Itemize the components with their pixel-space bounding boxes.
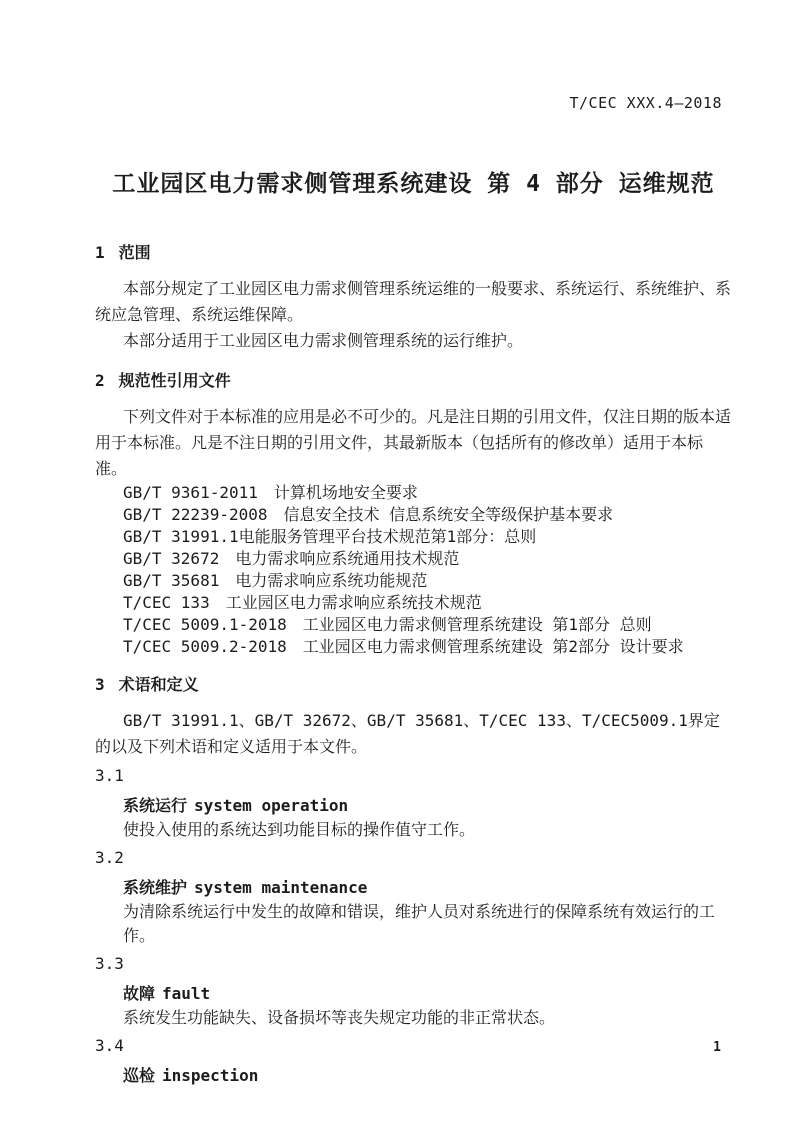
reference-item: GB/T 32672 电力需求响应系统通用技术规范 — [95, 548, 732, 570]
reference-item: GB/T 31991.1电能服务管理平台技术规范第1部分：总则 — [95, 526, 732, 548]
term-definition: 系统发生功能缺失、设备损坏等丧失规定功能的非正常状态。 — [95, 1006, 732, 1030]
document-page: T/CEC XXX.4—2018 工业园区电力需求侧管理系统建设 第 4 部分 … — [0, 0, 793, 1122]
term-name-zh: 系统维护 — [123, 878, 187, 897]
scope-paragraph: 本部分规定了工业园区电力需求侧管理系统运维的一般要求、系统运行、系统维护、系统应… — [95, 276, 732, 328]
term-name: 系统维护system maintenance — [95, 876, 732, 900]
section-number: 1 — [95, 243, 105, 262]
term-number: 3.3 — [95, 952, 732, 976]
reference-item: T/CEC 5009.1-2018 工业园区电力需求侧管理系统建设 第1部分 总… — [95, 614, 732, 636]
section-number: 3 — [95, 675, 105, 694]
term-name-zh: 故障 — [123, 984, 155, 1003]
term-block: 3.2 系统维护system maintenance 为清除系统运行中发生的故障… — [95, 846, 732, 948]
terms-intro: GB/T 31991.1、GB/T 32672、GB/T 35681、T/CEC… — [95, 708, 732, 760]
document-title: 工业园区电力需求侧管理系统建设 第 4 部分 运维规范 — [95, 170, 732, 198]
page-number: 1 — [713, 1040, 721, 1055]
section-heading-references: 2规范性引用文件 — [95, 370, 732, 392]
term-block: 3.3 故障fault 系统发生功能缺失、设备损坏等丧失规定功能的非正常状态。 — [95, 952, 732, 1030]
reference-list: GB/T 9361-2011 计算机场地安全要求 GB/T 22239-2008… — [95, 482, 732, 658]
scope-paragraph: 本部分适用于工业园区电力需求侧管理系统的运行维护。 — [95, 328, 732, 354]
section-number: 2 — [95, 371, 105, 390]
term-number: 3.2 — [95, 846, 732, 870]
reference-item: T/CEC 133 工业园区电力需求响应系统技术规范 — [95, 592, 732, 614]
section-title: 规范性引用文件 — [119, 371, 231, 390]
term-name-zh: 系统运行 — [123, 796, 187, 815]
term-block: 3.1 系统运行system operation 使投入使用的系统达到功能目标的… — [95, 764, 732, 842]
term-name-en: system maintenance — [194, 878, 367, 897]
term-name: 故障fault — [95, 982, 732, 1006]
term-name-zh: 巡检 — [123, 1066, 155, 1085]
reference-item: GB/T 22239-2008 信息安全技术 信息系统安全等级保护基本要求 — [95, 504, 732, 526]
document-body: 1范围 本部分规定了工业园区电力需求侧管理系统运维的一般要求、系统运行、系统维护… — [95, 238, 732, 1088]
term-name-en: inspection — [162, 1066, 258, 1085]
reference-item: T/CEC 5009.2-2018 工业园区电力需求侧管理系统建设 第2部分 设… — [95, 636, 732, 658]
section-heading-terms: 3术语和定义 — [95, 674, 732, 696]
term-definition: 使投入使用的系统达到功能目标的操作值守工作。 — [95, 818, 732, 842]
section-heading-scope: 1范围 — [95, 242, 732, 264]
term-number: 3.1 — [95, 764, 732, 788]
term-name-en: fault — [162, 984, 210, 1003]
reference-item: GB/T 9361-2011 计算机场地安全要求 — [95, 482, 732, 504]
references-intro: 下列文件对于本标准的应用是必不可少的。凡是注日期的引用文件，仅注日期的版本适用于… — [95, 404, 732, 482]
term-number: 3.4 — [95, 1034, 732, 1058]
standard-number-header: T/CEC XXX.4—2018 — [570, 94, 723, 112]
term-name-en: system operation — [194, 796, 348, 815]
term-block: 3.4 巡检inspection — [95, 1034, 732, 1088]
section-title: 范围 — [119, 243, 151, 262]
term-name: 巡检inspection — [95, 1064, 732, 1088]
term-name: 系统运行system operation — [95, 794, 732, 818]
reference-item: GB/T 35681 电力需求响应系统功能规范 — [95, 570, 732, 592]
section-title: 术语和定义 — [119, 675, 199, 694]
term-definition: 为清除系统运行中发生的故障和错误，维护人员对系统进行的保障系统有效运行的工作。 — [95, 900, 732, 948]
